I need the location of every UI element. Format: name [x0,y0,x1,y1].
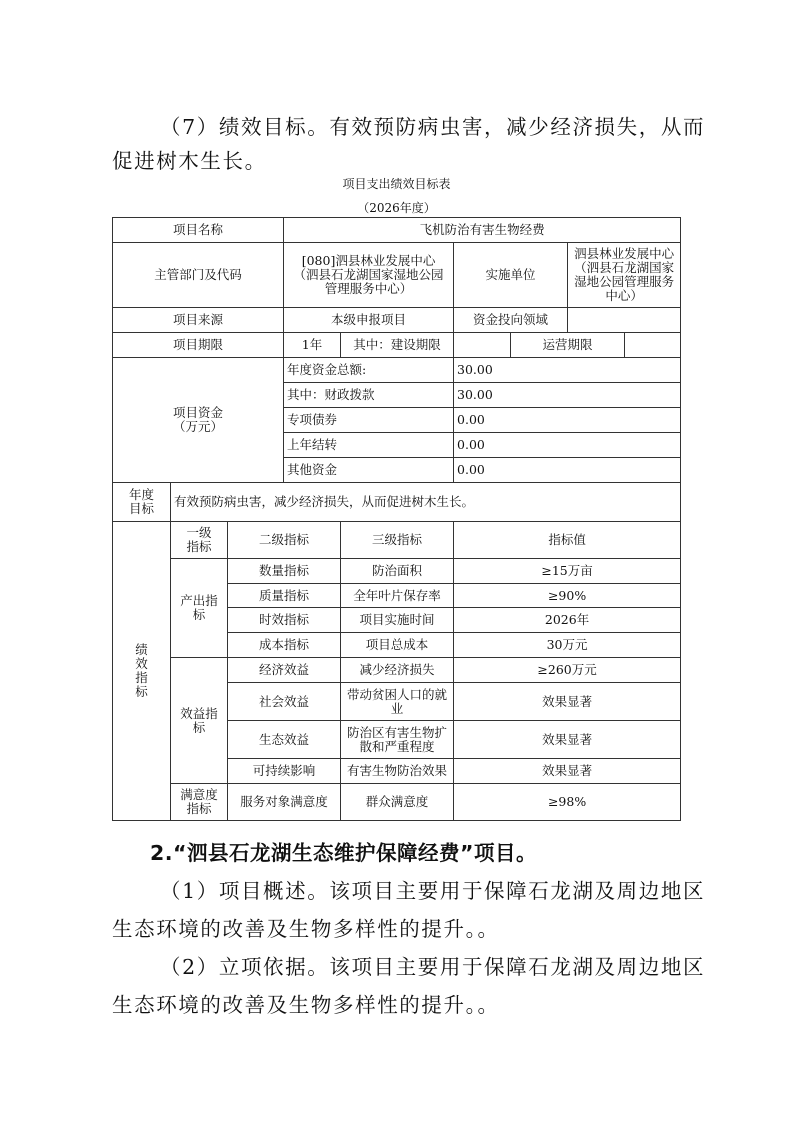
performance-target-table: 项目名称 飞机防治有害生物经费 主管部门及代码 [080]泗县林业发展中心 （泗… [112,217,681,821]
table-title: 项目支出绩效目标表 [0,175,793,192]
annual-goal-value: 有效预防病虫害，减少经济损失，从而促进树木生长。 [171,483,681,522]
funds-label: 项目资金 （万元） [113,358,284,483]
level2-cell: 数量指标 [228,559,341,584]
header-value: 指标值 [454,522,681,559]
project-name-value: 飞机防治有害生物经费 [284,218,681,243]
fund-value: 30.00 [454,383,681,408]
level2-cell: 社会效益 [228,683,341,721]
intro-line-2: 促进树木生长。 [112,150,682,172]
level2-cell: 可持续影响 [228,759,341,784]
period-label: 项目期限 [113,333,284,358]
level2-cell: 生态效益 [228,721,341,759]
level2-cell: 质量指标 [228,584,341,608]
intro-line-1: （7）绩效目标。有效预防病虫害，减少经济损失，从而 [160,116,730,138]
header-level2: 二级指标 [228,522,341,559]
level3-cell: 带动贫困人口的就 业 [341,683,454,721]
fund-value: 0.00 [454,433,681,458]
level3-cell: 项目实施时间 [341,608,454,633]
level3-cell: 项目总成本 [341,633,454,658]
impl-value: 泗县林业发展中心 （泗县石龙湖国家 湿地公园管理服务 中心） [568,243,681,308]
performance-indicator-label: 绩 效 指 标 [113,522,171,821]
fund-label: 其中：财政拨款 [284,383,454,408]
period-value: 1年 [284,333,341,358]
header-level1: 一级 指标 [171,522,228,559]
fund-label: 上年结转 [284,433,454,458]
value-cell: 效果显著 [454,683,681,721]
impl-label: 实施单位 [454,243,568,308]
level3-cell: 群众满意度 [341,784,454,821]
level2-cell: 时效指标 [228,608,341,633]
section-2-heading: 2.“泗县石龙湖生态维护保障经费”项目。 [150,842,720,864]
dept-value: [080]泗县林业发展中心 （泗县石龙湖国家湿地公园 管理服务中心） [284,243,454,308]
operate-period-label: 运营期限 [511,333,625,358]
invest-value [568,308,681,333]
build-period-value [454,333,511,358]
fund-value: 0.00 [454,458,681,483]
value-cell: 效果显著 [454,721,681,759]
annual-goal-label: 年度 目标 [113,483,171,522]
value-cell: 30万元 [454,633,681,658]
section-2-p2-line-1: （2）立项依据。该项目主要用于保障石龙湖及周边地区 [160,956,730,978]
dept-label: 主管部门及代码 [113,243,284,308]
fund-value: 30.00 [454,358,681,383]
value-cell: ≥98% [454,784,681,821]
level2-cell: 经济效益 [228,658,341,683]
fund-label: 年度资金总额: [284,358,454,383]
level3-cell: 全年叶片保存率 [341,584,454,608]
level3-cell: 防治区有害生物扩 散和严重程度 [341,721,454,759]
section-2-p2-line-2: 生态环境的改善及生物多样性的提升。。 [112,994,682,1016]
section-2-p1-line-1: （1）项目概述。该项目主要用于保障石龙湖及周边地区 [160,880,730,902]
fund-value: 0.00 [454,408,681,433]
value-cell: 2026年 [454,608,681,633]
table-year: （2026年度） [0,199,793,216]
header-level3: 三级指标 [341,522,454,559]
build-period-label: 其中：建设期限 [341,333,454,358]
value-cell: ≥90% [454,584,681,608]
fund-label: 专项债券 [284,408,454,433]
section-2-p1-line-2: 生态环境的改善及生物多样性的提升。。 [112,918,682,940]
level3-cell: 防治面积 [341,559,454,584]
level2-cell: 成本指标 [228,633,341,658]
level2-cell: 服务对象满意度 [228,784,341,821]
level3-cell: 减少经济损失 [341,658,454,683]
output-indicator-group: 产出指 标 [171,559,228,658]
invest-label: 资金投向领域 [454,308,568,333]
value-cell: 效果显著 [454,759,681,784]
operate-period-value [625,333,681,358]
satisfaction-indicator-group: 满意度 指标 [171,784,228,821]
level3-cell: 有害生物防治效果 [341,759,454,784]
value-cell: ≥260万元 [454,658,681,683]
benefit-indicator-group: 效益指 标 [171,658,228,784]
source-value: 本级申报项目 [284,308,454,333]
fund-label: 其他资金 [284,458,454,483]
project-name-label: 项目名称 [113,218,284,243]
value-cell: ≥15万亩 [454,559,681,584]
source-label: 项目来源 [113,308,284,333]
